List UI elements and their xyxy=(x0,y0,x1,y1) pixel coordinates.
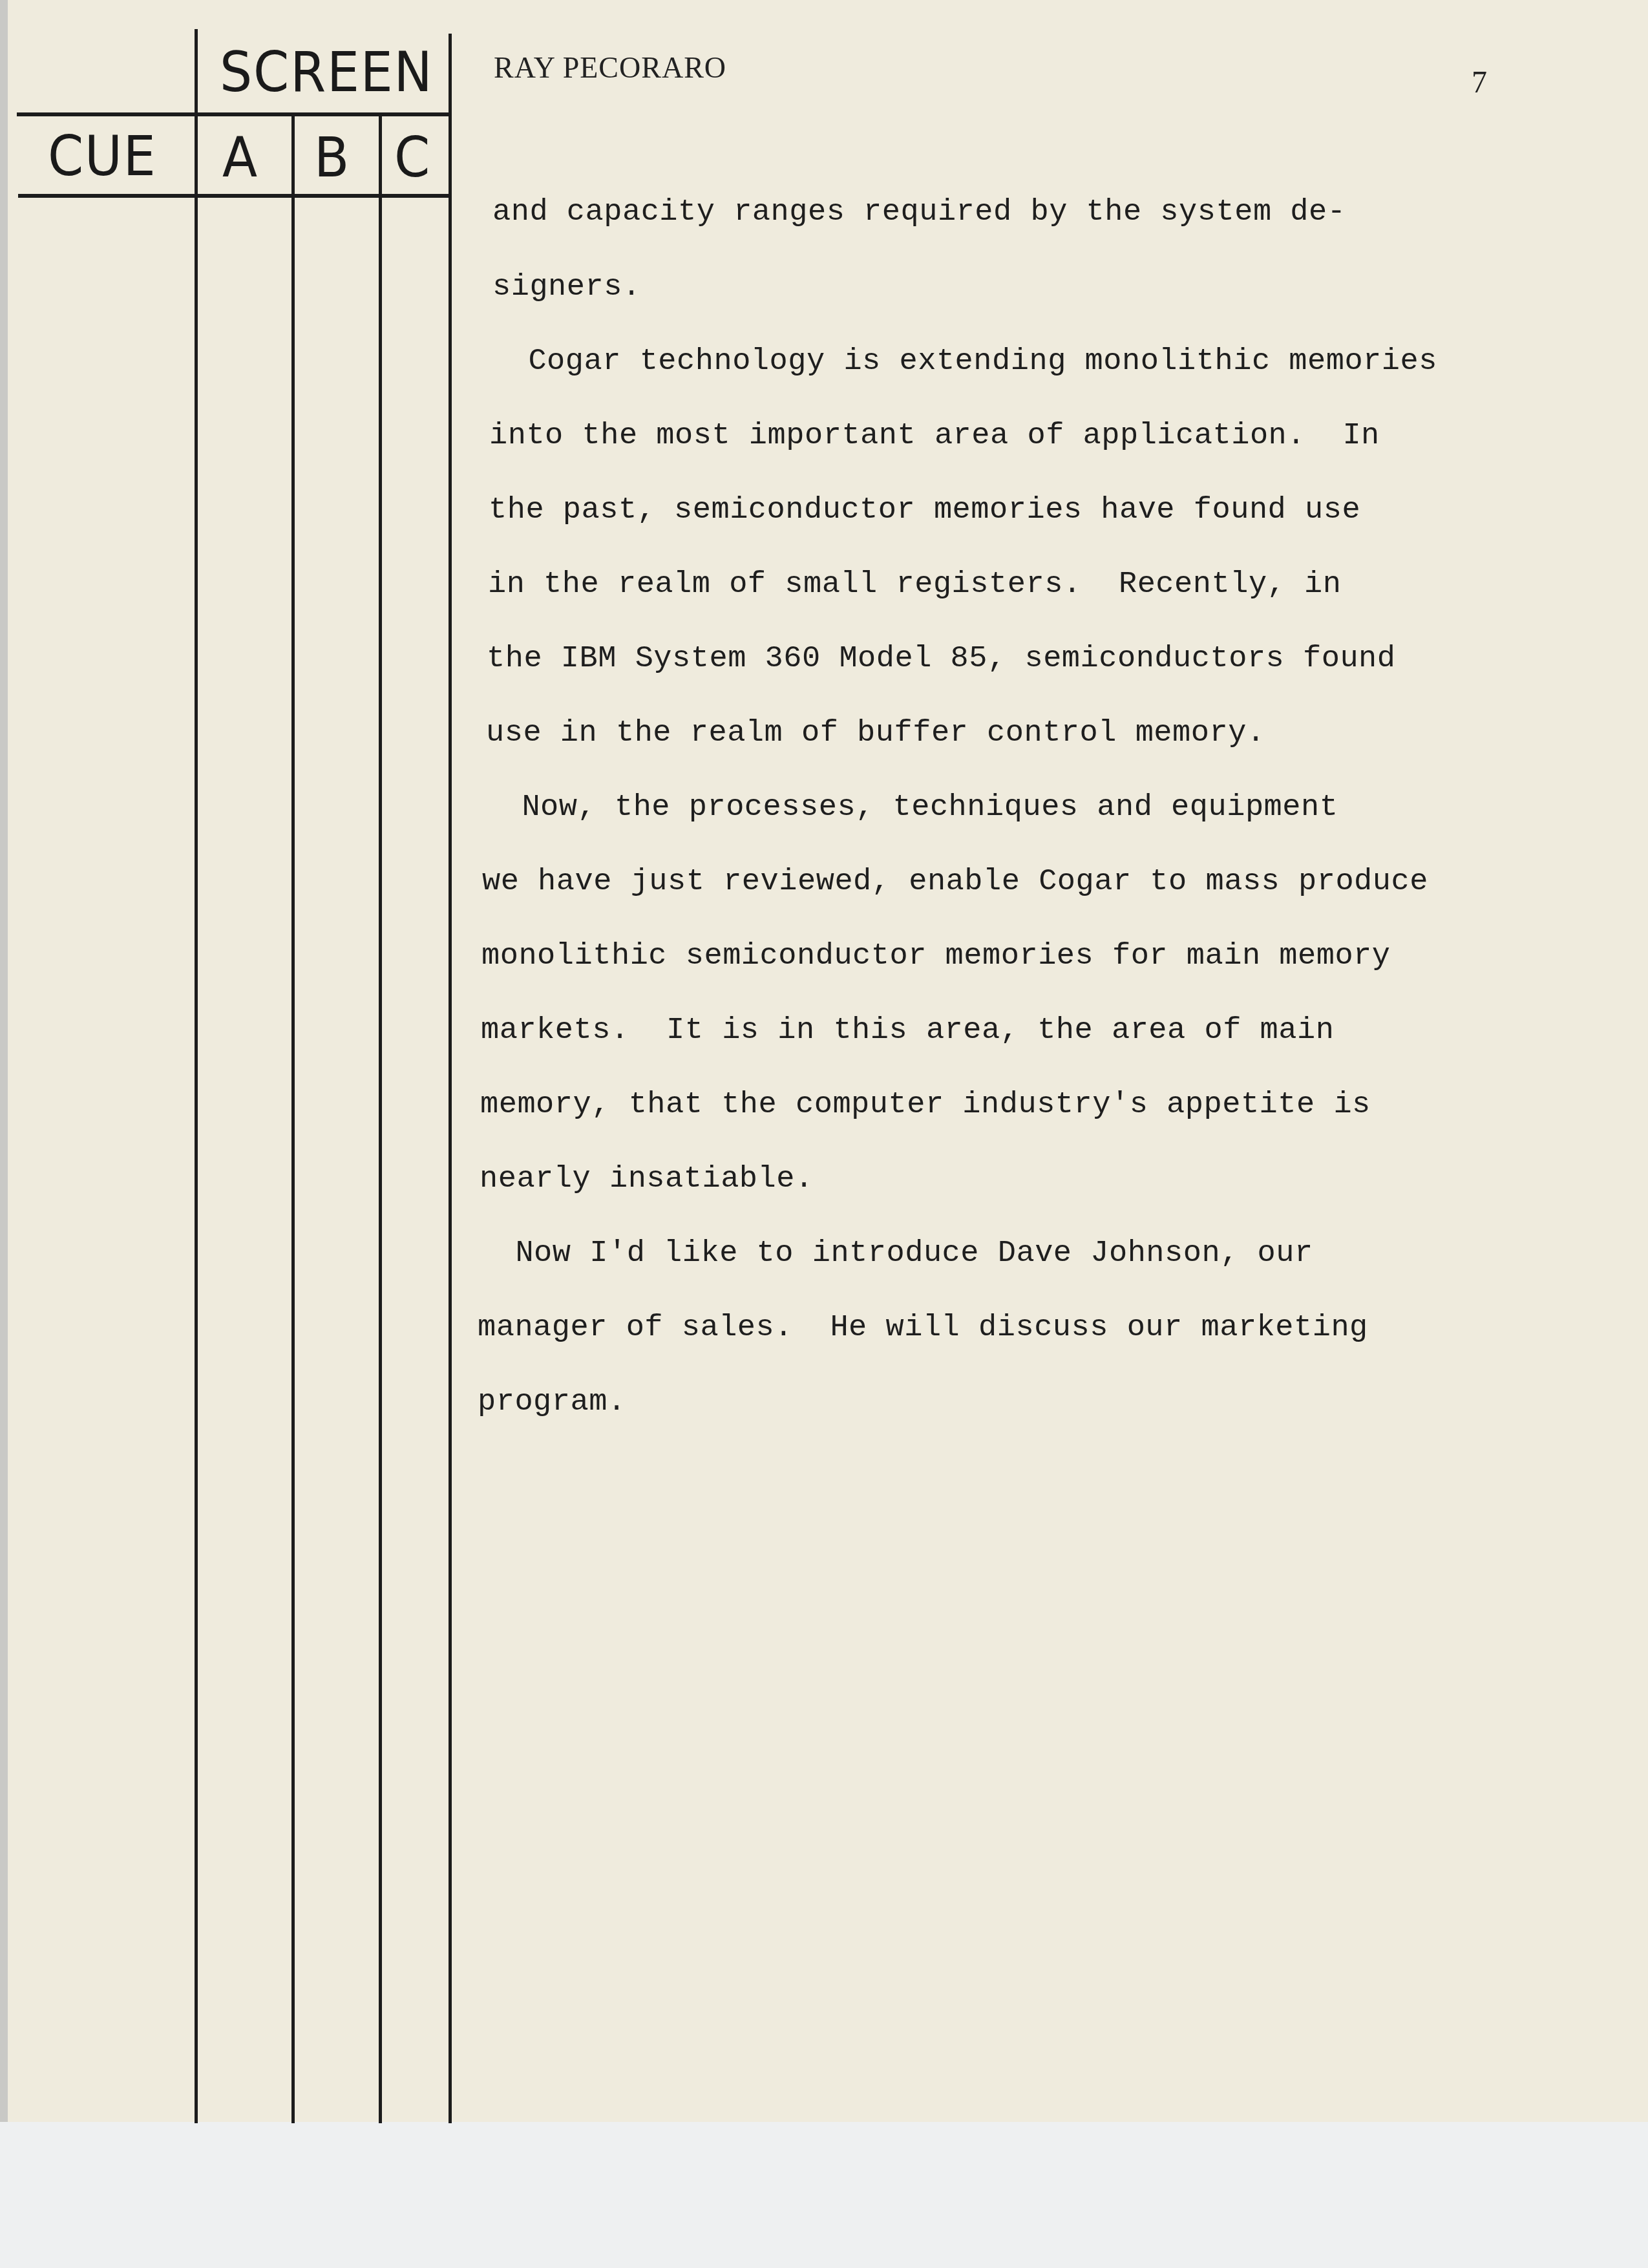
grid-divider-right xyxy=(449,34,452,2123)
body-line: Now, the processes, techniques and equip… xyxy=(485,790,1338,825)
body-line: program. xyxy=(478,1385,626,1419)
body-line: signers. xyxy=(492,270,641,304)
body-line: and capacity ranges required by the syst… xyxy=(492,195,1346,229)
body-line: we have just reviewed, enable Cogar to m… xyxy=(482,865,1428,899)
screen-label: SCREEN xyxy=(220,40,434,105)
grid-divider-b-c xyxy=(379,115,382,2123)
body-line: in the realm of small registers. Recentl… xyxy=(488,567,1341,602)
body-line: nearly insatiable. xyxy=(480,1162,814,1196)
screen-column-a: A xyxy=(222,125,259,190)
screen-column-c: C xyxy=(394,125,431,190)
speaker-name: RAY PECORARO xyxy=(494,50,726,85)
body-line: monolithic semiconductor memories for ma… xyxy=(481,939,1391,973)
grid-divider-cue xyxy=(195,29,198,2123)
grid-rule-top xyxy=(17,112,451,116)
screen-column-b: B xyxy=(314,125,350,190)
grid-rule-bottom xyxy=(18,194,451,198)
page-number: 7 xyxy=(1472,65,1487,100)
grid-divider-a-b xyxy=(291,115,295,2123)
body-line: the past, semiconductor memories have fo… xyxy=(489,493,1360,527)
body-line: the IBM System 360 Model 85, semiconduct… xyxy=(487,642,1396,676)
body-line: use in the realm of buffer control memor… xyxy=(486,716,1265,750)
body-line: Cogar technology is extending monolithic… xyxy=(491,344,1437,379)
body-line: manager of sales. He will discuss our ma… xyxy=(478,1311,1368,1345)
script-page: SCREEN CUE A B C RAY PECORARO 7 and capa… xyxy=(0,0,1648,2122)
body-line: memory, that the computer industry's app… xyxy=(480,1088,1371,1122)
body-line: markets. It is in this area, the area of… xyxy=(481,1013,1334,1048)
body-line: into the most important area of applicat… xyxy=(489,419,1380,453)
body-line: Now I'd like to introduce Dave Johnson, … xyxy=(478,1236,1313,1271)
cue-label: CUE xyxy=(48,124,157,189)
